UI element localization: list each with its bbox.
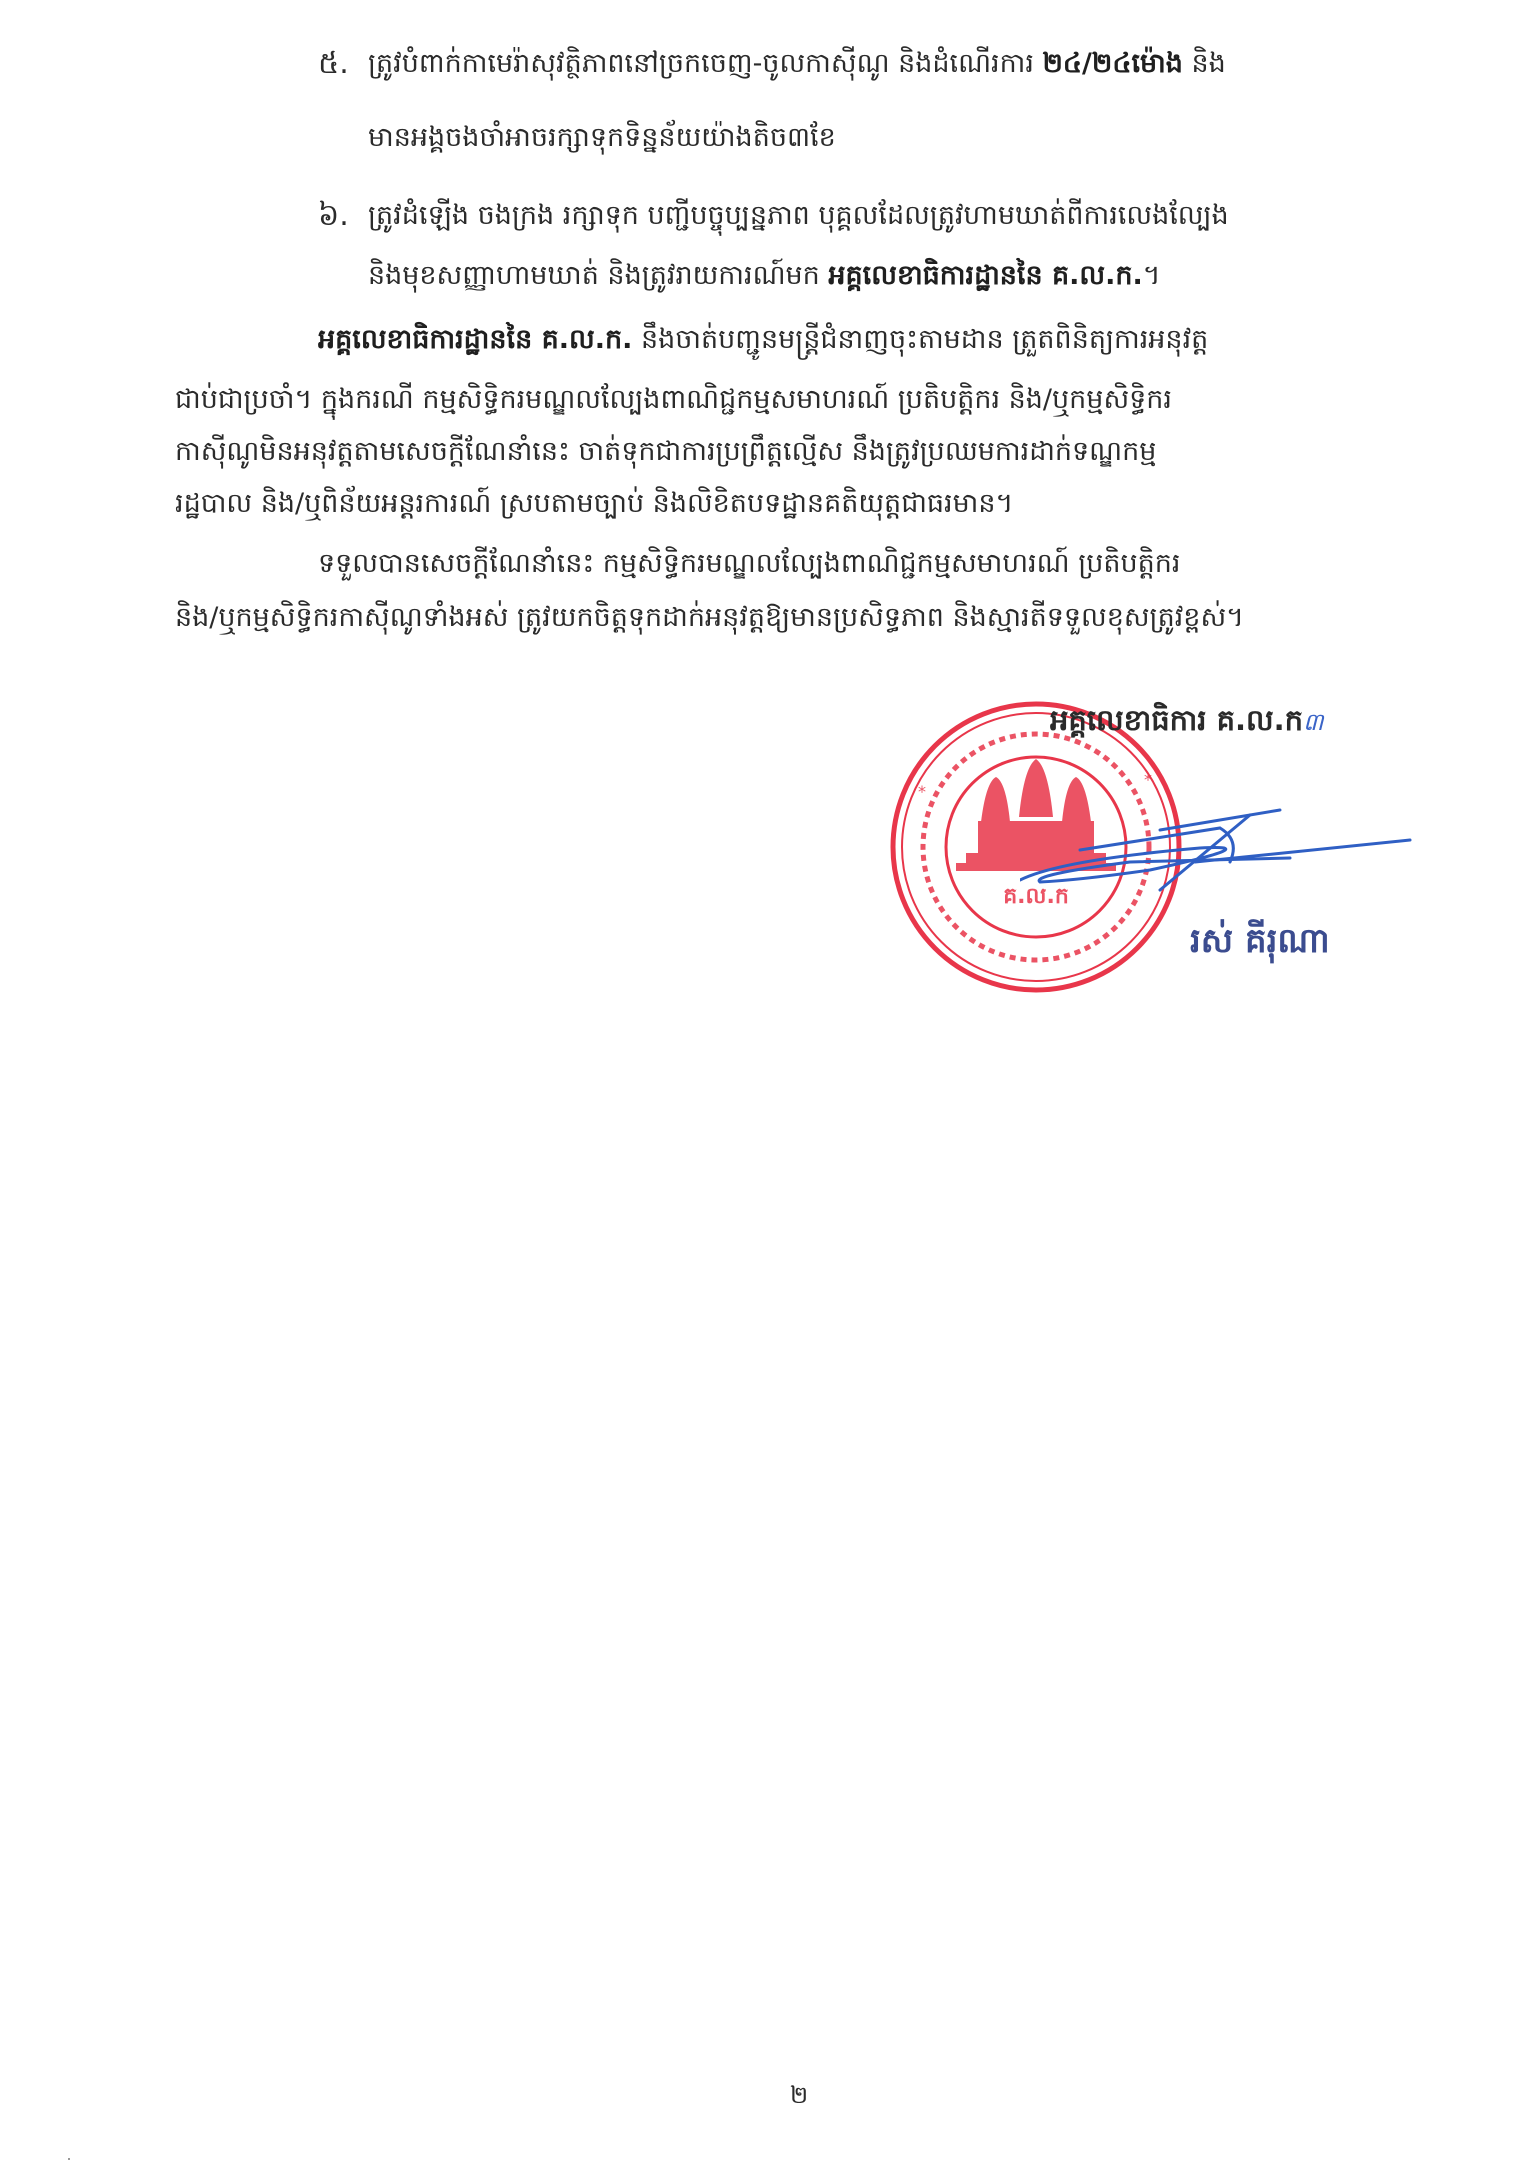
item-number: ៦. bbox=[318, 196, 349, 236]
item-5-line-1: ត្រូវបំពាក់កាមេរ៉ាសុវត្ថិភាពនៅច្រកចេញ-ចូ… bbox=[368, 44, 1226, 84]
svg-text:*: * bbox=[918, 782, 926, 801]
secretariat-emphasis: អគ្គលេខាធិការដ្ឋាននៃ គ.ល.ក. bbox=[318, 324, 632, 355]
paragraph-2-line-1: ទទួលបានសេចក្តីណែនាំនេះ កម្មសិទ្ធិករមណ្ឌល… bbox=[318, 544, 1181, 584]
handwritten-signature bbox=[1020, 800, 1420, 910]
paragraph-1-line-4: រដ្ឋបាល និង/ឬពិន័យអន្តរការណ៍ ស្របតាមច្បា… bbox=[175, 484, 1013, 524]
document-page: ៥. ត្រូវបំពាក់កាមេរ៉ាសុវត្ថិភាពនៅច្រកចេញ… bbox=[0, 0, 1536, 2172]
item-5-line-2: មានអង្គចងចាំអាចរក្សាទុកទិន្នន័យយ៉ាងតិច៣ខ… bbox=[368, 118, 836, 158]
paragraph-1-line-2: ជាប់ជាប្រចាំ។ ក្នុងករណី កម្មសិទ្ធិករមណ្ឌ… bbox=[175, 380, 1172, 420]
page-number: ២ bbox=[790, 2080, 808, 2115]
svg-text:*: * bbox=[1144, 770, 1152, 789]
paragraph-1-line-1: អគ្គលេខាធិការដ្ឋាននៃ គ.ល.ក. នឹងចាត់បញ្ជូ… bbox=[318, 320, 1208, 360]
paragraph-2-line-2: និង/ឬកម្មសិទ្ធិករកាស៊ីណូទាំងអស់ ត្រូវយកច… bbox=[175, 598, 1244, 638]
item-text: ត្រូវបំពាក់កាមេរ៉ាសុវត្ថិភាពនៅច្រកចេញ-ចូ… bbox=[368, 48, 1043, 79]
signatory-title: អគ្គលេខាធិការ គ.ល.ក៣ bbox=[1050, 700, 1324, 742]
signer-name: រស់ គីរុណា bbox=[1190, 918, 1330, 964]
scan-speck bbox=[68, 2158, 70, 2160]
item-text: ។ bbox=[1143, 260, 1161, 291]
title-text: អគ្គលេខាធិការ គ.ល.ក bbox=[1050, 703, 1303, 737]
hours-emphasis: ២៤/២៤ម៉ោង bbox=[1043, 48, 1183, 79]
item-6-line-2: និងមុខសញ្ញាហាមឃាត់ និងត្រូវរាយការណ៍មក អគ… bbox=[368, 256, 1161, 296]
secretariat-emphasis: អគ្គលេខាធិការដ្ឋាននៃ គ.ល.ក. bbox=[828, 260, 1142, 291]
handwritten-initial: ៣ bbox=[1303, 708, 1324, 736]
paragraph-text: នឹងចាត់បញ្ជូនមន្ត្រីជំនាញចុះតាមដាន ត្រួត… bbox=[632, 324, 1208, 355]
item-text: និង bbox=[1183, 48, 1226, 79]
item-text: និងមុខសញ្ញាហាមឃាត់ និងត្រូវរាយការណ៍មក bbox=[368, 260, 828, 291]
item-6-line-1: ត្រូវដំឡើង ចងក្រង រក្សាទុក បញ្ជីបច្ចុប្ប… bbox=[368, 196, 1229, 236]
paragraph-1-line-3: កាស៊ីណូមិនអនុវត្តតាមសេចក្តីណែនាំនេះ ចាត់… bbox=[175, 432, 1156, 472]
item-number: ៥. bbox=[318, 44, 349, 84]
